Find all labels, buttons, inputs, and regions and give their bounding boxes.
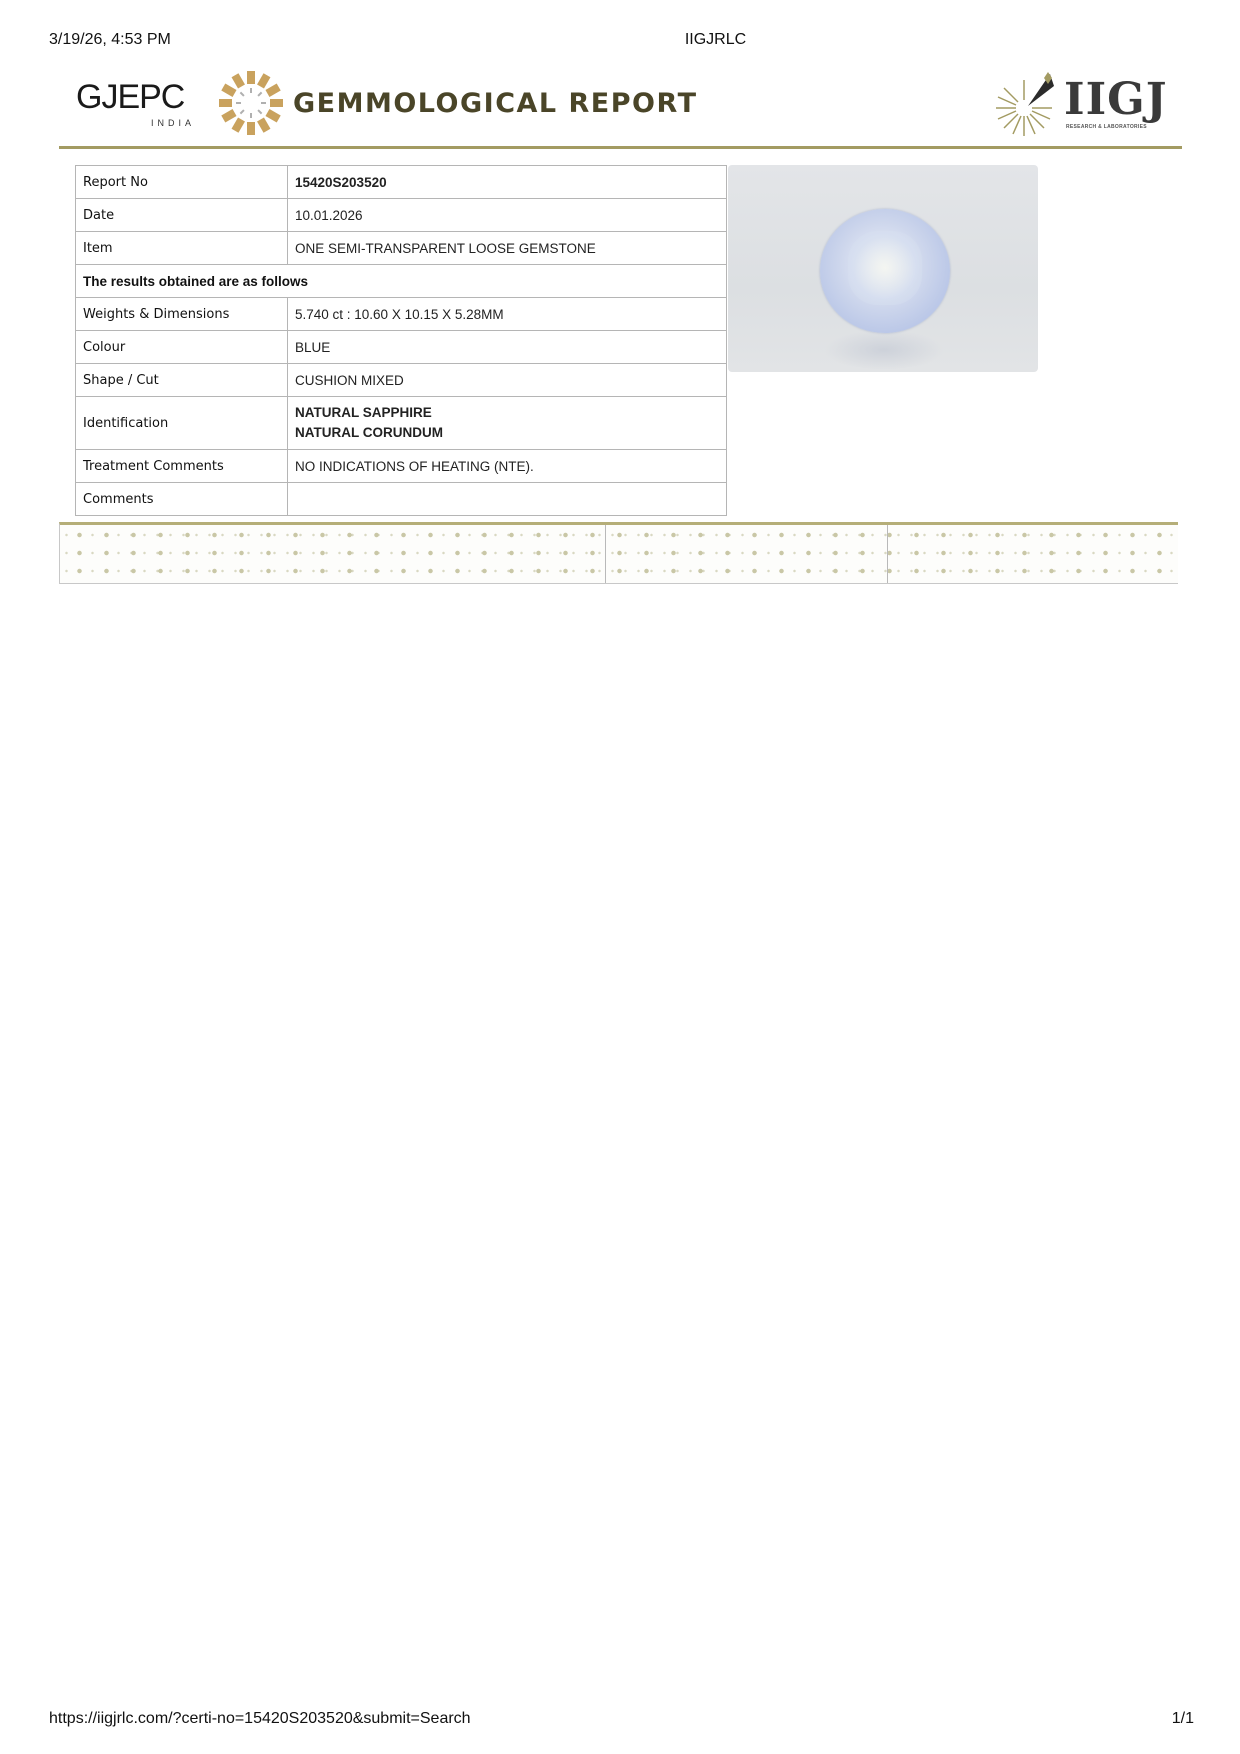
print-url: https://iigjrlc.com/?certi-no=15420S2035…	[49, 1710, 471, 1728]
gem-facet	[848, 231, 922, 305]
gjepc-logo-subtitle: INDIA	[151, 118, 195, 128]
weights-value: 5.740 ct : 10.60 X 10.15 X 5.28MM	[288, 298, 727, 331]
table-row-colour: Colour BLUE	[76, 331, 727, 364]
colour-value: BLUE	[288, 331, 727, 364]
table-row-weights: Weights & Dimensions 5.740 ct : 10.60 X …	[76, 298, 727, 331]
weights-label: Weights & Dimensions	[76, 298, 288, 331]
gem-reflection	[824, 330, 944, 370]
treatment-value: NO INDICATIONS OF HEATING (NTE).	[288, 450, 727, 483]
gemstone-image	[820, 209, 950, 333]
table-row-section: The results obtained are as follows	[76, 265, 727, 298]
gem-photo	[728, 165, 1038, 372]
date-value: 10.01.2026	[288, 199, 727, 232]
pattern-divider	[887, 525, 888, 583]
table-row-identification: Identification NATURAL SAPPHIRE NATURAL …	[76, 397, 727, 450]
results-section-heading: The results obtained are as follows	[76, 265, 727, 298]
report-table: Report No 15420S203520 Date 10.01.2026 I…	[75, 165, 727, 516]
comments-label: Comments	[76, 483, 288, 516]
item-label: Item	[76, 232, 288, 265]
print-page-title: IIGJRLC	[0, 31, 1240, 49]
table-row-treatment: Treatment Comments NO INDICATIONS OF HEA…	[76, 450, 727, 483]
table-row-item: Item ONE SEMI-TRANSPARENT LOOSE GEMSTONE	[76, 232, 727, 265]
identification-label: Identification	[76, 397, 288, 450]
date-label: Date	[76, 199, 288, 232]
report-no-label: Report No	[76, 166, 288, 199]
pattern-divider	[605, 525, 606, 583]
decorative-star-pattern	[59, 522, 1178, 584]
table-row-report-no: Report No 15420S203520	[76, 166, 727, 199]
table-row-comments: Comments	[76, 483, 727, 516]
gjepc-logo: GJEPC INDIA	[76, 68, 276, 138]
gjepc-sun-icon	[218, 70, 284, 136]
identification-value: NATURAL SAPPHIRE NATURAL CORUNDUM	[288, 397, 727, 450]
item-value: ONE SEMI-TRANSPARENT LOOSE GEMSTONE	[288, 232, 727, 265]
starburst-icon	[994, 72, 1058, 136]
identification-line-1: NATURAL SAPPHIRE	[295, 403, 719, 423]
identification-line-2: NATURAL CORUNDUM	[295, 423, 719, 443]
comments-value	[288, 483, 727, 516]
print-page-number: 1/1	[1172, 1710, 1194, 1728]
table-row-shape: Shape / Cut CUSHION MIXED	[76, 364, 727, 397]
iigj-logo: IIGJ RESEARCH & LABORATORIES	[994, 66, 1164, 140]
report-no-value: 15420S203520	[288, 166, 727, 199]
shape-label: Shape / Cut	[76, 364, 288, 397]
treatment-label: Treatment Comments	[76, 450, 288, 483]
report-header: GJEPC INDIA	[59, 62, 1182, 149]
report-title: GEMMOLOGICAL REPORT	[293, 88, 697, 119]
iigj-logo-text: IIGJ	[1064, 74, 1168, 125]
gjepc-logo-text: GJEPC	[76, 78, 184, 117]
colour-label: Colour	[76, 331, 288, 364]
iigj-logo-subtitle: RESEARCH & LABORATORIES	[1066, 124, 1147, 130]
shape-value: CUSHION MIXED	[288, 364, 727, 397]
table-row-date: Date 10.01.2026	[76, 199, 727, 232]
